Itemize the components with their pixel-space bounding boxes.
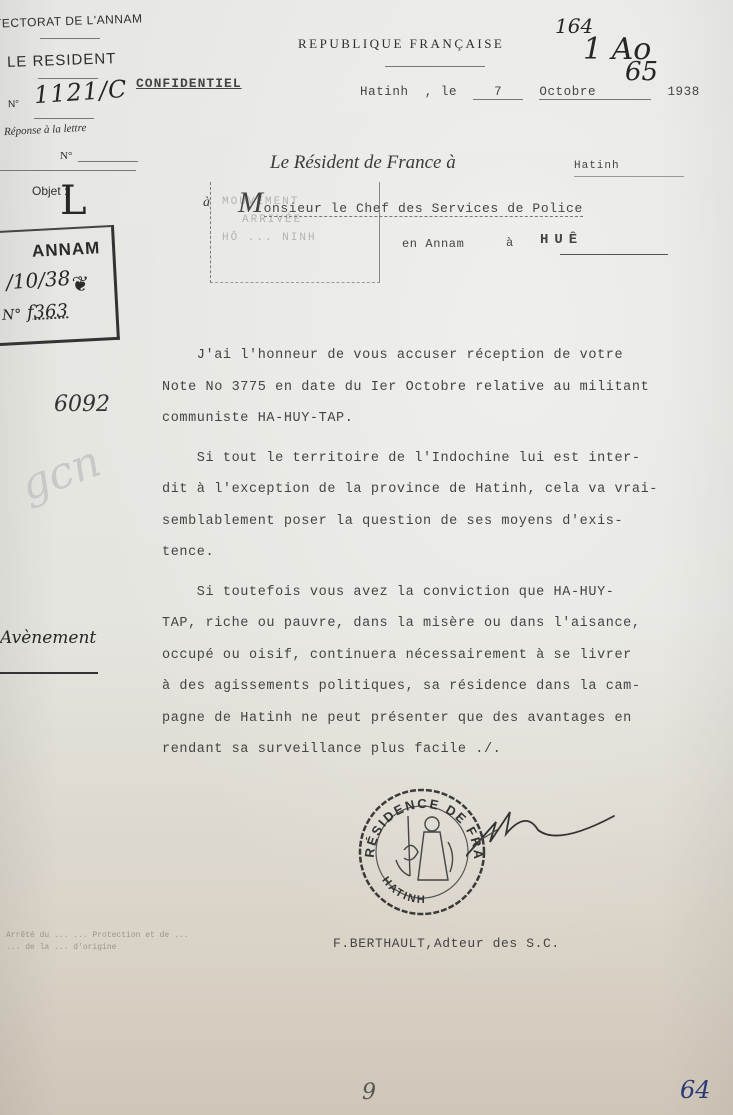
recipient-prefix: à	[203, 195, 210, 211]
sender-place: Hatinh	[574, 160, 620, 172]
ghost-stamp-line: HÔ ... NINH	[222, 229, 317, 247]
letterhead-office: LE RESIDENT	[7, 50, 117, 71]
body-line: à des agissements politiques, sa résiden…	[162, 671, 722, 703]
received-stamp-number: N° f363	[1, 300, 68, 324]
letter-body: J'ai l'honneur de vous accuser réception…	[162, 340, 722, 766]
signer-name: F.BERTHAULT,Adteur des S.C.	[333, 936, 560, 951]
date-line: Hatinh , le 7 Octobre 1938	[360, 85, 708, 100]
body-line: Si tout le territoire de l'Indochine lui…	[162, 443, 722, 475]
body-line: TAP, riche ou pauvre, dans la misère ou …	[162, 608, 722, 640]
recipient-city-prefix: à	[506, 236, 514, 250]
stamp-ornament-icon: ❦	[72, 268, 88, 299]
date-year: 1938	[667, 85, 699, 99]
page-number: 9	[362, 1080, 376, 1105]
republic-heading: REPUBLIQUE FRANÇAISE	[298, 36, 504, 52]
recipient-city-line	[560, 254, 668, 255]
date-prefix: , le	[425, 85, 457, 99]
sender-line: Le Résident de France à	[270, 152, 456, 174]
body-paragraph-1: J'ai l'honneur de vous accuser réception…	[162, 340, 722, 435]
body-line: Note No 3775 en date du Ier Octobre rela…	[162, 372, 722, 404]
received-stamp-number-label: N°	[2, 307, 22, 324]
received-stamp-number-value: f363	[26, 300, 68, 323]
body-line: dit à l'exception de la province de Hati…	[162, 474, 722, 506]
signature-mark	[466, 800, 616, 870]
faint-show-through-text: Arrêté du ... ... Protection et de ... .…	[6, 930, 188, 954]
received-stamp-date: /10/38	[5, 266, 71, 294]
body-line: Si toutefois vous avez la conviction que…	[162, 577, 722, 609]
recipient-city: HUÊ	[540, 232, 583, 248]
reference-label: N°	[8, 99, 20, 110]
body-paragraph-3: Si toutefois vous avez la conviction que…	[162, 577, 722, 766]
letterhead-rule	[40, 38, 100, 39]
body-line: rendant sa surveillance plus facile ./.	[162, 734, 722, 766]
body-paragraph-2: Si tout le territoire de l'Indochine lui…	[162, 443, 722, 569]
date-day: 7	[473, 85, 523, 100]
body-line: tence.	[162, 537, 722, 569]
letterhead-organization: TECTORAT DE L'ANNAM	[0, 11, 143, 30]
margin-pencil-mark: gcn	[14, 436, 108, 512]
letterhead-divider	[0, 170, 136, 171]
header-rule	[385, 66, 485, 67]
letterhead-rule	[34, 118, 94, 119]
reply-to-label: Réponse à la lettre	[4, 122, 87, 138]
date-place: Hatinh	[360, 85, 409, 99]
faint-note-line: Arrêté du ... ... Protection et de ...	[6, 930, 188, 942]
body-line: occupé ou oisif, continuera nécessaireme…	[162, 640, 722, 672]
received-stamp-title: ANNAM	[32, 238, 101, 262]
classification-stamp: CONFIDENTIEL	[136, 76, 242, 91]
reply-number-line	[78, 161, 138, 162]
folio-number: 64	[680, 1076, 711, 1104]
reply-number-label: N°	[60, 150, 72, 162]
recipient-title: onsieur le Chef des Services de Police	[264, 201, 583, 217]
faint-note-line: ... de la ... d'origine	[6, 942, 188, 954]
date-month: Octobre	[539, 85, 651, 100]
margin-folio-code: 6092	[54, 392, 110, 417]
body-line: communiste HA-HUY-TAP.	[162, 403, 722, 435]
recipient-line: Monsieur le Chef des Services de Police	[238, 186, 583, 220]
recipient-region: en Annam	[402, 237, 464, 251]
body-line: pagne de Hatinh ne peut présenter que de…	[162, 703, 722, 735]
sender-place-line	[574, 176, 684, 177]
margin-annotation-underline	[0, 672, 98, 674]
recipient-initial: M	[238, 186, 264, 219]
reference-number: 1121/C	[33, 75, 128, 109]
body-line: semblablement poser la question de ses m…	[162, 506, 722, 538]
stamp-mark: L	[60, 178, 87, 224]
margin-annotation: Avènement	[0, 628, 96, 648]
body-line: J'ai l'honneur de vous accuser réception…	[162, 340, 722, 372]
archive-number-bottom: 65	[625, 60, 658, 84]
